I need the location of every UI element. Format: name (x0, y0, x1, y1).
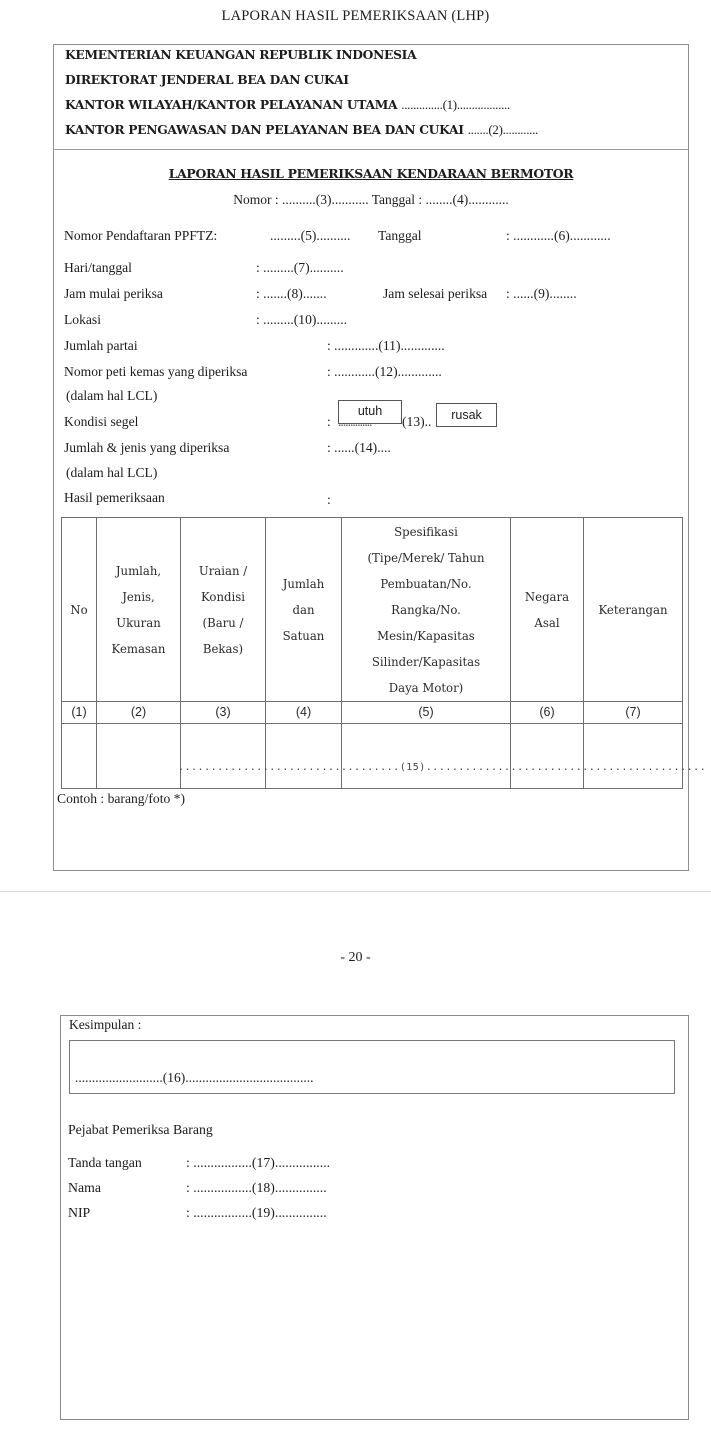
table-cell[interactable] (62, 724, 97, 789)
quantity-type-field[interactable]: : ......(14).... (327, 440, 391, 456)
start-time-field[interactable]: : .......(8)....... (256, 286, 327, 302)
nip-label: NIP (68, 1205, 90, 1221)
signature-field[interactable]: : .................(17)................ (186, 1155, 330, 1171)
page-separator (0, 891, 711, 892)
table-header-row: No Jumlah, Jenis, Ukuran Kemasan Uraian … (62, 518, 683, 702)
inspection-result-label: Hasil pemeriksaan (64, 490, 165, 506)
seal-condition-fill: (13).. (402, 414, 431, 430)
name-field[interactable]: : .................(18)............... (186, 1180, 327, 1196)
customs-office-line: KANTOR PENGAWASAN DAN PELAYANAN BEA DAN … (65, 122, 538, 138)
column-number: (5) (342, 702, 511, 724)
start-time-label: Jam mulai periksa (64, 286, 163, 302)
table-cell[interactable] (97, 724, 181, 789)
column-header: Negara Asal (511, 518, 584, 702)
regional-office-line: KANTOR WILAYAH/KANTOR PELAYANAN UTAMA ..… (65, 97, 510, 113)
seal-condition-colon: : (327, 414, 331, 430)
day-date-field[interactable]: : .........(7).......... (256, 260, 344, 276)
page-number: - 20 - (0, 950, 711, 966)
day-date-label: Hari/tanggal (64, 260, 132, 276)
quantity-type-note: (dalam hal LCL) (66, 465, 157, 481)
column-number: (7) (584, 702, 683, 724)
ppftz-number-field[interactable]: .........(5).......... (270, 228, 350, 244)
column-number: (2) (97, 702, 181, 724)
report-subtitle: LAPORAN HASIL PEMERIKSAAN KENDARAAN BERM… (53, 166, 689, 181)
column-header: Jumlah dan Satuan (266, 518, 342, 702)
column-number: (6) (511, 702, 584, 724)
goods-row-fill[interactable]: ..................................(15)..… (178, 762, 706, 773)
column-header: Keterangan (584, 518, 683, 702)
officer-title: Pejabat Pemeriksa Barang (68, 1122, 213, 1138)
report-number-date-field[interactable]: Nomor : ..........(3)........... Tanggal… (53, 192, 689, 208)
header-divider (53, 149, 689, 150)
table-cell[interactable] (266, 724, 342, 789)
location-label: Lokasi (64, 312, 101, 328)
table-cell[interactable] (342, 724, 511, 789)
regional-office-label: KANTOR WILAYAH/KANTOR PELAYANAN UTAMA (65, 97, 397, 112)
regional-office-field[interactable]: ..............(1).................. (401, 97, 510, 112)
table-cell[interactable] (584, 724, 683, 789)
quantity-type-label: Jumlah & jenis yang diperiksa (64, 440, 229, 456)
table-row (62, 724, 683, 789)
seal-intact-option[interactable]: utuh (338, 400, 402, 424)
column-header: Jumlah, Jenis, Ukuran Kemasan (97, 518, 181, 702)
ppftz-date-label: Tanggal (378, 228, 422, 244)
column-number: (4) (266, 702, 342, 724)
goods-table: No Jumlah, Jenis, Ukuran Kemasan Uraian … (61, 517, 683, 789)
customs-office-field[interactable]: .......(2)............ (468, 122, 538, 137)
seal-condition-label: Kondisi segel (64, 414, 138, 430)
name-label: Nama (68, 1180, 101, 1196)
end-time-label: Jam selesai periksa (383, 286, 487, 302)
document-title: LAPORAN HASIL PEMERIKSAAN (LHP) (0, 8, 711, 25)
column-header: No (62, 518, 97, 702)
column-number: (1) (62, 702, 97, 724)
directorate-name: DIREKTORAT JENDERAL BEA DAN CUKAI (65, 72, 349, 87)
table-cell[interactable] (181, 724, 266, 789)
column-header: Spesifikasi (Tipe/Merek/ Tahun Pembuatan… (342, 518, 511, 702)
container-number-note: (dalam hal LCL) (66, 388, 157, 404)
container-number-label: Nomor peti kemas yang diperiksa (64, 364, 247, 380)
container-number-field[interactable]: : ............(12)............. (327, 364, 442, 380)
table-number-row: (1) (2) (3) (4) (5) (6) (7) (62, 702, 683, 724)
signature-label: Tanda tangan (68, 1155, 142, 1171)
nip-field[interactable]: : .................(19)............... (186, 1205, 327, 1221)
column-number: (3) (181, 702, 266, 724)
lot-count-field[interactable]: : .............(11)............. (327, 338, 445, 354)
conclusion-field[interactable]: ..........................(16)..........… (75, 1070, 314, 1086)
table-cell[interactable] (511, 724, 584, 789)
inspection-result-colon: : (327, 492, 331, 508)
customs-office-label: KANTOR PENGAWASAN DAN PELAYANAN BEA DAN … (65, 122, 464, 137)
ppftz-label: Nomor Pendaftaran PPFTZ: (64, 228, 217, 244)
sample-footnote: Contoh : barang/foto *) (57, 791, 185, 807)
location-field[interactable]: : .........(10)......... (256, 312, 347, 328)
column-header: Uraian / Kondisi (Baru / Bekas) (181, 518, 266, 702)
conclusion-label: Kesimpulan : (69, 1017, 141, 1033)
ppftz-date-field[interactable]: : ............(6)............ (506, 228, 611, 244)
ministry-name: KEMENTERIAN KEUANGAN REPUBLIK INDONESIA (65, 47, 416, 62)
end-time-field[interactable]: : ......(9)........ (506, 286, 577, 302)
lot-count-label: Jumlah partai (64, 338, 138, 354)
seal-damaged-option[interactable]: rusak (436, 403, 497, 427)
